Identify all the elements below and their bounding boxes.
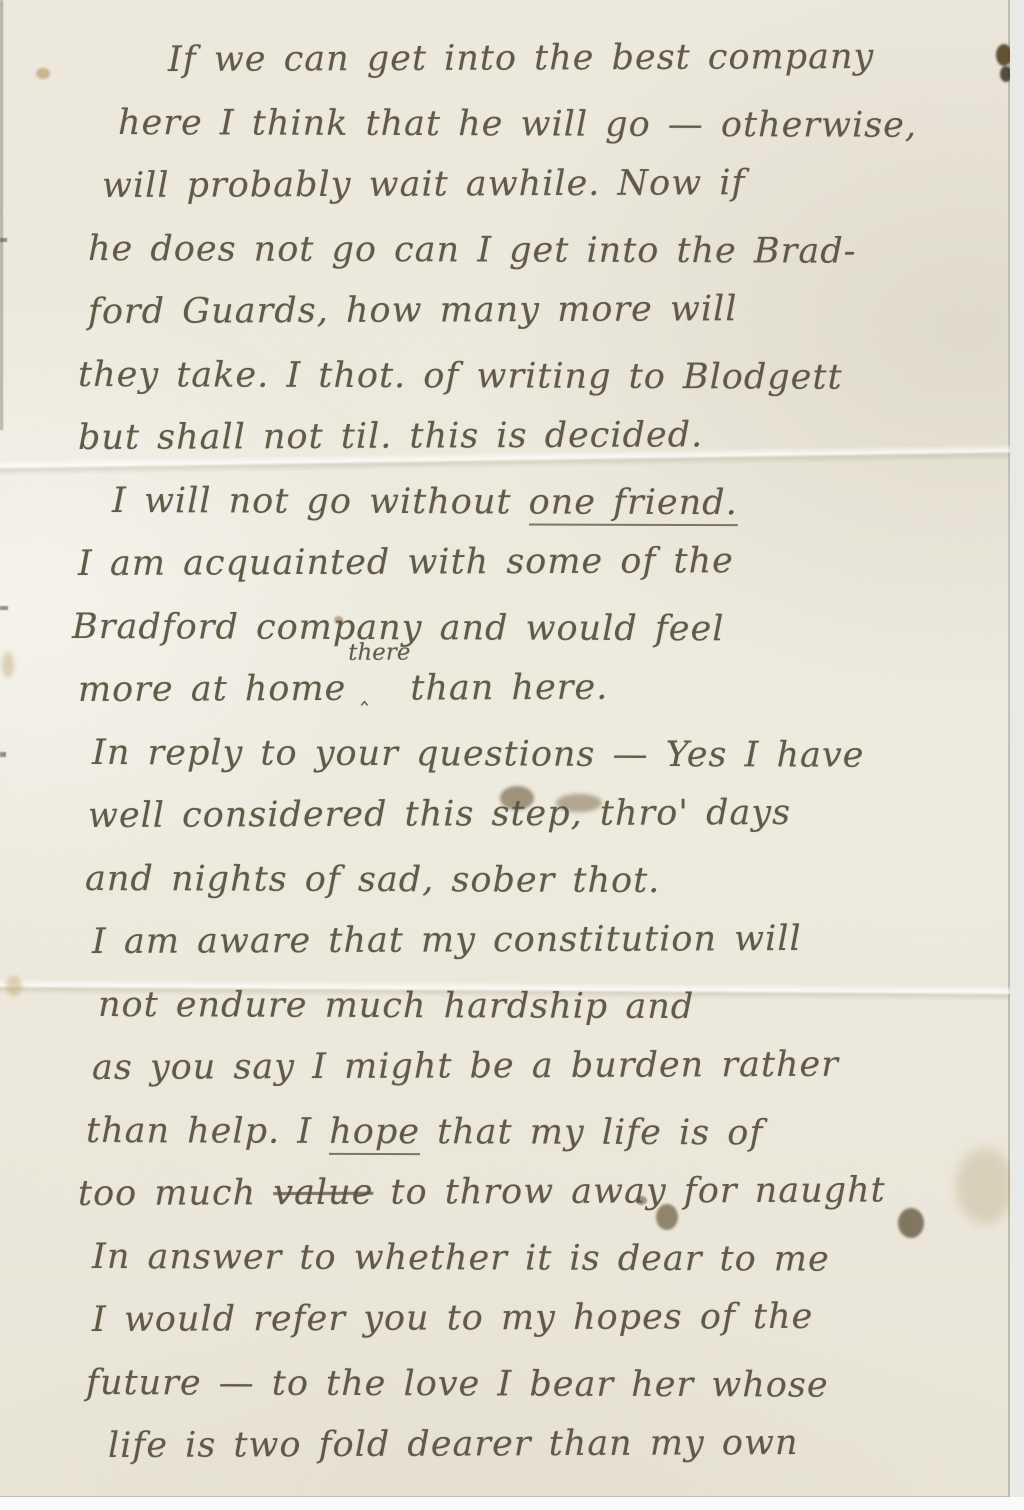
handwritten-line: I would refer you to my hopes of the xyxy=(92,1296,1010,1363)
text-segment: not endure much hardship and xyxy=(98,985,694,1027)
text-segment: In answer to whether it is dear to me xyxy=(92,1237,830,1280)
handwritten-line: In answer to whether it is dear to me xyxy=(92,1237,1010,1303)
text-segment: they take. I thot. of writing to Blodget… xyxy=(78,355,843,398)
scanner-background-bottom xyxy=(0,1497,1024,1510)
handwritten-line: he does not go can I get into the Brad- xyxy=(88,229,1010,295)
handwritten-line: I am aware that my constitution will xyxy=(92,918,1010,985)
handwritten-line: they take. I thot. of writing to Blodget… xyxy=(78,355,1010,421)
handwritten-line: well considered this step, thro' days xyxy=(88,792,1010,859)
handwritten-line: as you say I might be a burden rather xyxy=(92,1044,1010,1111)
text-segment: here I think that he will go — otherwise… xyxy=(118,103,917,146)
handwritten-line: more at homethere‸than here. xyxy=(78,666,1010,733)
text-segment: than here. xyxy=(410,668,608,709)
text-segment: well considered this step, thro' days xyxy=(88,793,791,836)
text-segment: that my life is of xyxy=(420,1112,764,1153)
text-segment: ford Guards, how many more will xyxy=(88,289,738,332)
scanned-letter: If we can get into the best companyhere … xyxy=(0,0,1024,1510)
handwritten-line: future — to the love I bear her whose xyxy=(86,1363,1010,1429)
handwritten-line: here I think that he will go — otherwise… xyxy=(118,103,1010,169)
text-segment: I would refer you to my hopes of the xyxy=(92,1297,814,1340)
handwritten-line: I am acquainted with some of the xyxy=(78,540,1010,607)
text-segment: more at home xyxy=(78,669,347,710)
text-segment: value xyxy=(273,1173,373,1213)
letter-text: If we can get into the best companyhere … xyxy=(0,0,1010,1489)
handwritten-line: I will not go without one friend. xyxy=(112,481,1010,547)
text-segment: If we can get into the best company xyxy=(168,37,874,80)
text-segment: will probably wait awhile. Now if xyxy=(102,163,746,206)
handwritten-line: In reply to your questions — Yes I have xyxy=(92,733,1010,799)
scanner-background-right xyxy=(1010,0,1024,1497)
text-segment: to throw away for naught xyxy=(373,1170,885,1212)
text-segment: future — to the love I bear her whose xyxy=(86,1363,829,1406)
text-segment: as you say I might be a burden rather xyxy=(92,1045,839,1088)
text-segment: I am acquainted with some of the xyxy=(78,541,734,584)
handwritten-line: too much value to throw away for naught xyxy=(78,1170,1010,1237)
text-segment: life is two fold dearer than my own xyxy=(108,1423,799,1466)
text-segment: but shall not til. this is decided. xyxy=(78,415,703,458)
handwritten-line: Bradford company and would feel xyxy=(72,607,1010,673)
text-segment: and nights of sad, sober thot. xyxy=(85,859,660,901)
handwritten-line: ford Guards, how many more will xyxy=(88,288,1010,355)
text-segment: one friend. xyxy=(529,482,738,526)
handwritten-line: than help. I hope that my life is of xyxy=(86,1111,1010,1177)
handwritten-line: not endure much hardship and xyxy=(98,985,1010,1051)
text-segment: too much xyxy=(78,1173,274,1214)
text-segment: I am aware that my constitution will xyxy=(92,919,802,962)
text-segment: than help. I xyxy=(86,1111,329,1152)
inserted-word: there‸ xyxy=(346,692,410,700)
inserted-word-text: there xyxy=(348,640,410,666)
insertion-caret: ‸ xyxy=(360,678,369,706)
text-segment: In reply to your questions — Yes I have xyxy=(92,733,864,776)
text-segment: he does not go can I get into the Brad- xyxy=(88,229,857,272)
text-segment: hope xyxy=(329,1112,420,1155)
handwritten-line: but shall not til. this is decided. xyxy=(78,414,1010,481)
handwritten-line: will probably wait awhile. Now if xyxy=(102,162,1010,229)
handwritten-line: If we can get into the best company xyxy=(168,36,1010,103)
letter-page: If we can get into the best companyhere … xyxy=(0,0,1010,1497)
handwritten-line: and nights of sad, sober thot. xyxy=(85,859,1010,925)
text-segment: I will not go without xyxy=(112,481,529,522)
handwritten-line: life is two fold dearer than my own xyxy=(108,1422,1010,1489)
